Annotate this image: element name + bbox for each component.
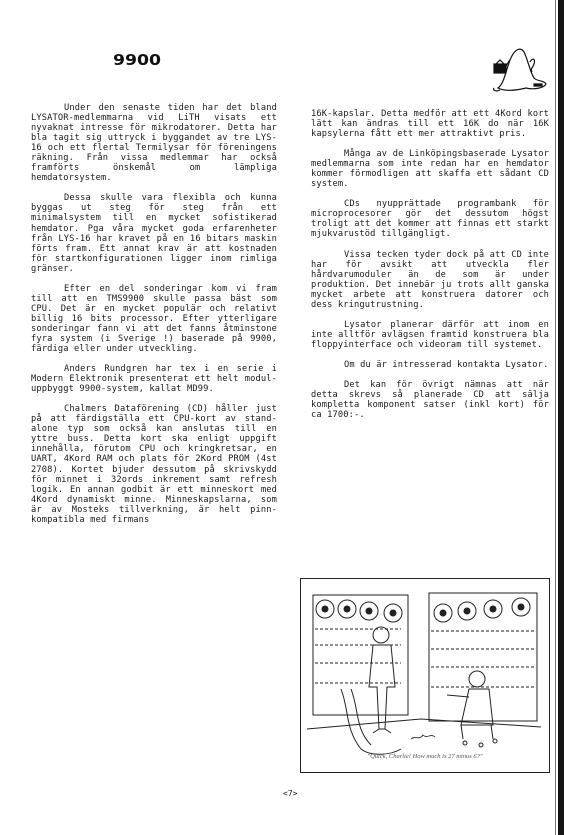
paragraph: Chalmers Dataförening (CD) håller just p… — [31, 404, 277, 525]
cartoon-illustration: "Quick, Charlie! How much is 27 minus 6?… — [300, 578, 550, 773]
paragraph: Det kan för övrigt nämnas att när detta … — [311, 380, 549, 420]
paragraph: Många av de Linköpingsbaserade Lysator m… — [311, 149, 549, 189]
right-column: 16K-kapslar. Detta medför att ett 4Kord … — [311, 109, 549, 430]
paragraph: CDs nyupprättade programbank för micropr… — [311, 199, 549, 239]
paragraph: Lysator planerar därför att inom en inte… — [311, 320, 549, 350]
paragraph: Efter en del sonderingar kom vi fram til… — [31, 284, 277, 354]
scan-edge-line — [555, 0, 556, 835]
page-number: <7> — [283, 789, 297, 798]
page-title: 9900 — [113, 51, 161, 69]
paragraph: Vissa tecken tyder dock på att CD inte h… — [311, 250, 549, 310]
hooded-figure-logo-icon — [490, 40, 548, 94]
paragraph: Dessa skulle vara flexibla och kunna byg… — [31, 193, 277, 273]
cartoon-caption: "Quick, Charlie! How much is 27 minus 6?… — [301, 753, 549, 760]
paragraph: Anders Rundgren har tex i en serie i Mod… — [31, 364, 277, 394]
scan-edge-band — [558, 0, 564, 835]
paragraph: Om du är intresserad kontakta Lysator. — [311, 360, 549, 370]
paragraph: 16K-kapslar. Detta medför att ett 4Kord … — [311, 109, 549, 139]
left-column: Under den senaste tiden har det bland LY… — [31, 103, 277, 535]
paragraph: Under den senaste tiden har det bland LY… — [31, 103, 277, 183]
tape-reel-icon — [316, 600, 402, 622]
